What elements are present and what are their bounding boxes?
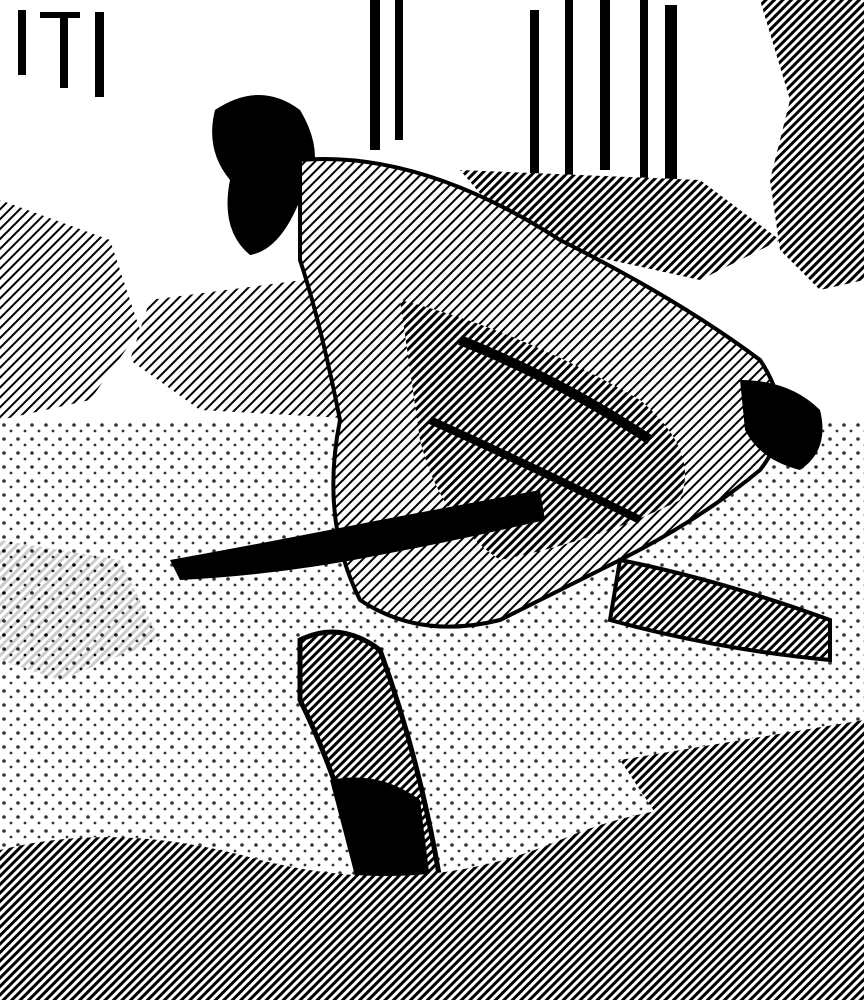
halftone-forest-illustration [0, 0, 864, 1000]
